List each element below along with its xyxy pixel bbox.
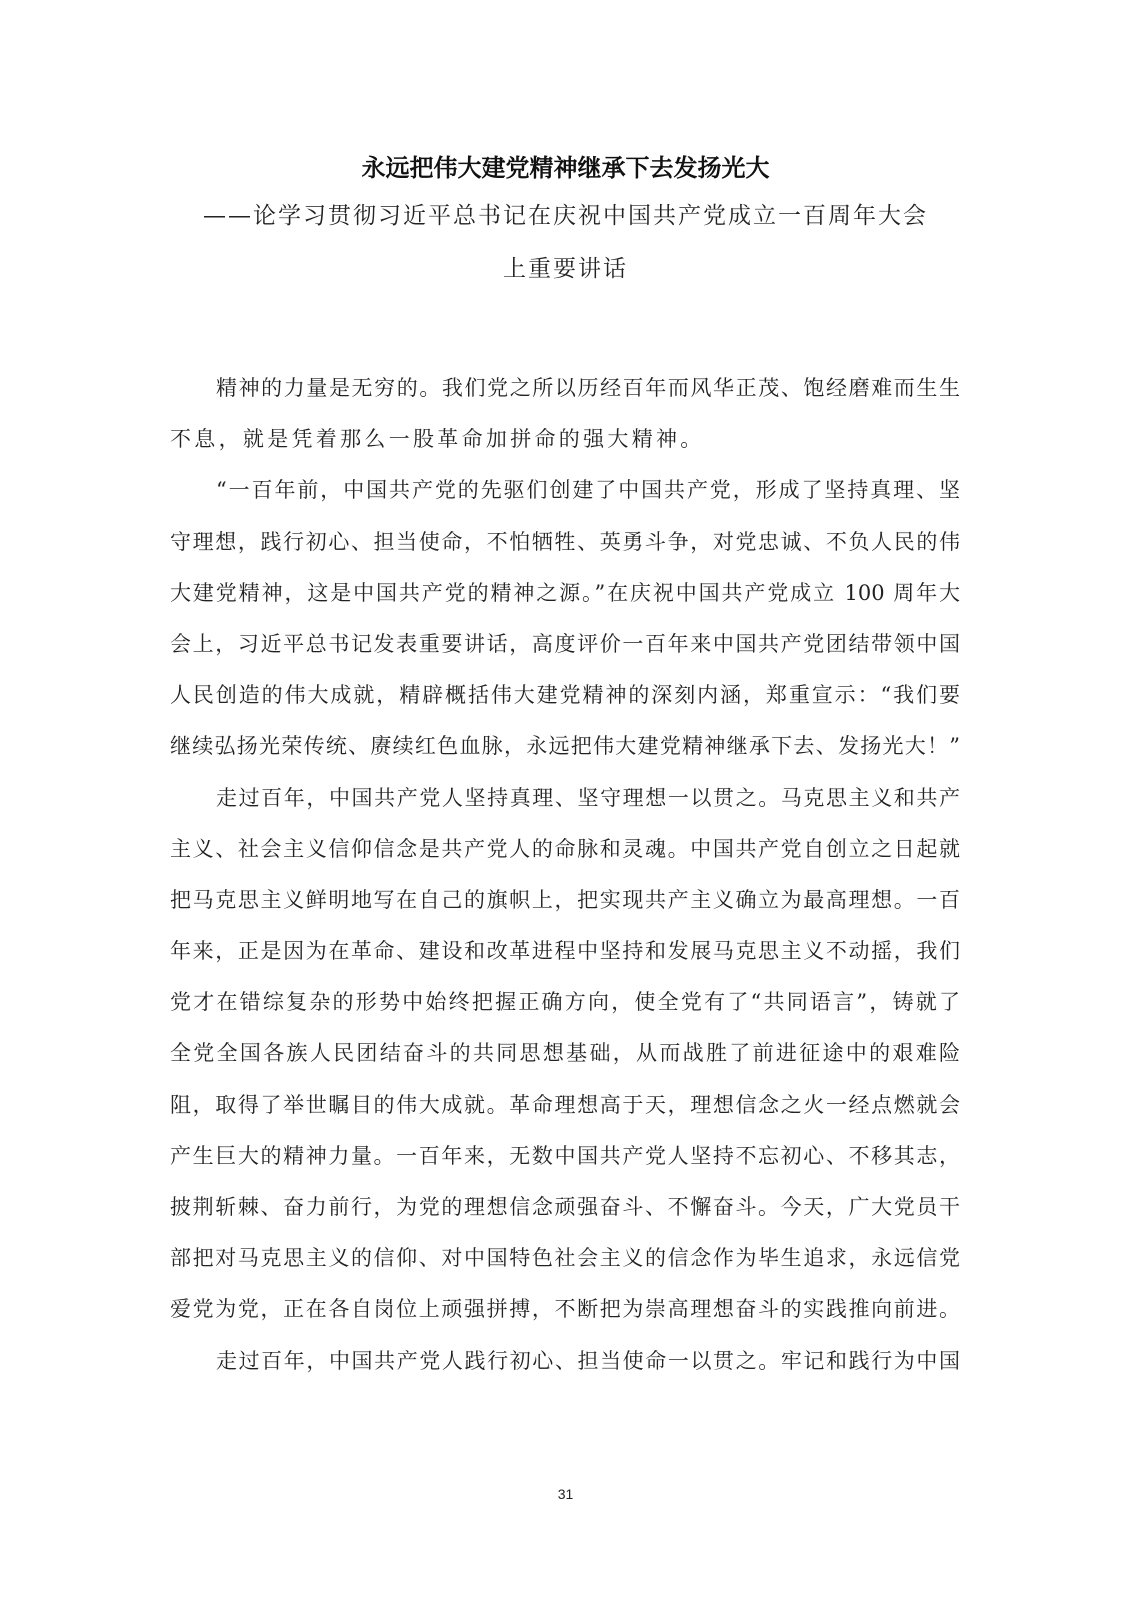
- paragraph-1-line: 精神的力量是无穷的。我们党之所以历经百年而风华正茂、饱经磨难而生生: [170, 363, 960, 414]
- paragraph-3-line: 阻，取得了举世瞩目的伟大成就。革命理想高于天，理想信念之火一经点燃就会: [170, 1080, 960, 1131]
- page-number: 31: [0, 1486, 1131, 1502]
- document-subtitle-line-2: 上重要讲话: [0, 253, 1131, 285]
- paragraph-2-line: 会上，习近平总书记发表重要讲话，高度评价一百年来中国共产党团结带领中国: [170, 619, 960, 670]
- paragraph-3-line: 走过百年，中国共产党人坚持真理、坚守理想一以贯之。马克思主义和共产: [170, 773, 960, 824]
- document-body: 精神的力量是无穷的。我们党之所以历经百年而风华正茂、饱经磨难而生生 不息，就是凭…: [170, 363, 960, 1387]
- paragraph-2-line: 守理想，践行初心、担当使命，不怕牺牲、英勇斗争，对党忠诚、不负人民的伟: [170, 517, 960, 568]
- paragraph-3-line: 披荆斩棘、奋力前行，为党的理想信念顽强奋斗、不懈奋斗。今天，广大党员干: [170, 1182, 960, 1233]
- document-page: 永远把伟大建党精神继承下去发扬光大 ——论学习贯彻习近平总书记在庆祝中国共产党成…: [0, 0, 1131, 1600]
- paragraph-3-line: 部把对马克思主义的信仰、对中国特色社会主义的信念作为毕生追求，永远信党: [170, 1233, 960, 1284]
- paragraph-1-line: 不息，就是凭着那么一股革命加拼命的强大精神。: [170, 414, 960, 465]
- paragraph-2-line: 人民创造的伟大成就，精辟概括伟大建党精神的深刻内涵，郑重宣示：“我们要: [170, 670, 960, 721]
- paragraph-3-line: 产生巨大的精神力量。一百年来，无数中国共产党人坚持不忘初心、不移其志，: [170, 1131, 960, 1182]
- document-subtitle-line-1: ——论学习贯彻习近平总书记在庆祝中国共产党成立一百周年大会: [0, 200, 1131, 232]
- paragraph-3-line: 主义、社会主义信仰信念是共产党人的命脉和灵魂。中国共产党自创立之日起就: [170, 824, 960, 875]
- paragraph-3-line: 爱党为党，正在各自岗位上顽强拼搏，不断把为崇高理想奋斗的实践推向前进。: [170, 1284, 960, 1335]
- paragraph-3-line: 年来，正是因为在革命、建设和改革进程中坚持和发展马克思主义不动摇，我们: [170, 926, 960, 977]
- paragraph-2-line: 大建党精神，这是中国共产党的精神之源。”在庆祝中国共产党成立 100 周年大: [170, 568, 960, 619]
- paragraph-3-line: 把马克思主义鲜明地写在自己的旗帜上，把实现共产主义确立为最高理想。一百: [170, 875, 960, 926]
- paragraph-3-line: 全党全国各族人民团结奋斗的共同思想基础，从而战胜了前进征途中的艰难险: [170, 1028, 960, 1079]
- paragraph-2-line: “一百年前，中国共产党的先驱们创建了中国共产党，形成了坚持真理、坚: [170, 465, 960, 516]
- paragraph-4-line: 走过百年，中国共产党人践行初心、担当使命一以贯之。牢记和践行为中国: [170, 1336, 960, 1387]
- paragraph-3-line: 党才在错综复杂的形势中始终把握正确方向，使全党有了“共同语言”，铸就了: [170, 977, 960, 1028]
- document-title: 永远把伟大建党精神继承下去发扬光大: [0, 151, 1131, 185]
- paragraph-2-line: 继续弘扬光荣传统、赓续红色血脉，永远把伟大建党精神继承下去、发扬光大！”: [170, 721, 960, 772]
